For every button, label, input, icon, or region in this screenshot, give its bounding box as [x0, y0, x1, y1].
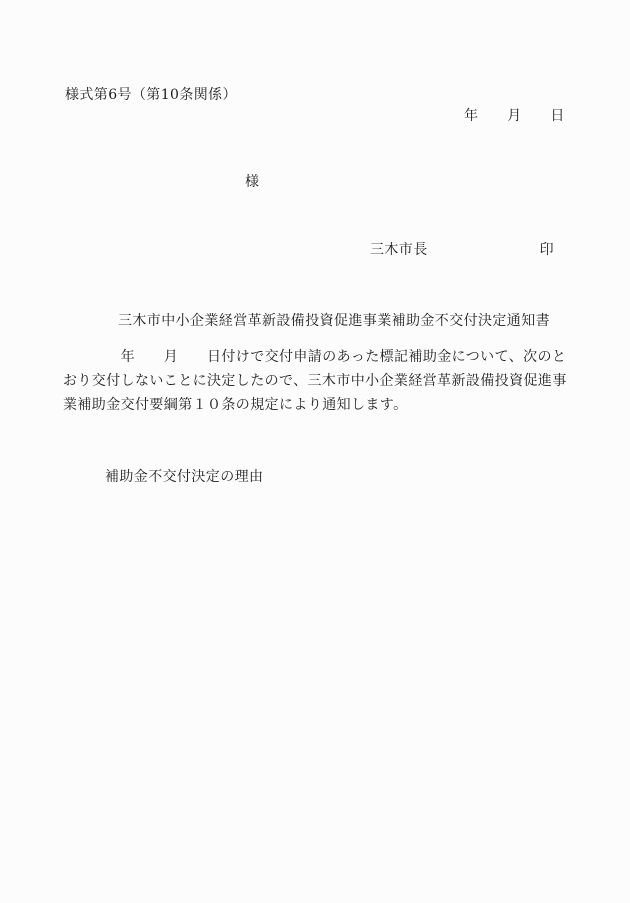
body-paragraph: 年 月 日付けで交付申請のあった標記補助金について、次のと おり交付しないことに… — [63, 345, 575, 417]
reason-heading: 補助金不交付決定の理由 — [105, 466, 263, 486]
issuer-line: 三木市長 印 — [370, 239, 554, 259]
body-line: 業補助金交付要綱第１０条の規定により通知します。 — [63, 393, 575, 417]
body-line: 年 月 日付けで交付申請のあった標記補助金について、次のと — [63, 345, 575, 369]
document-page: 様式第6号（第10条関係） 年 月 日 様 三木市長 印 三木市中小企業経営革新… — [0, 0, 630, 903]
body-line: おり交付しないことに決定したので、三木市中小企業経営革新設備投資促進事 — [63, 369, 575, 393]
addressee-honorific: 様 — [245, 171, 259, 191]
issuer-name: 三木市長 — [370, 239, 428, 259]
date-line: 年 月 日 — [464, 105, 565, 125]
form-number: 様式第6号（第10条関係） — [65, 84, 237, 104]
document-title: 三木市中小企業経営革新設備投資促進事業補助金不交付決定通知書 — [118, 310, 550, 330]
seal-placeholder: 印 — [540, 239, 554, 259]
